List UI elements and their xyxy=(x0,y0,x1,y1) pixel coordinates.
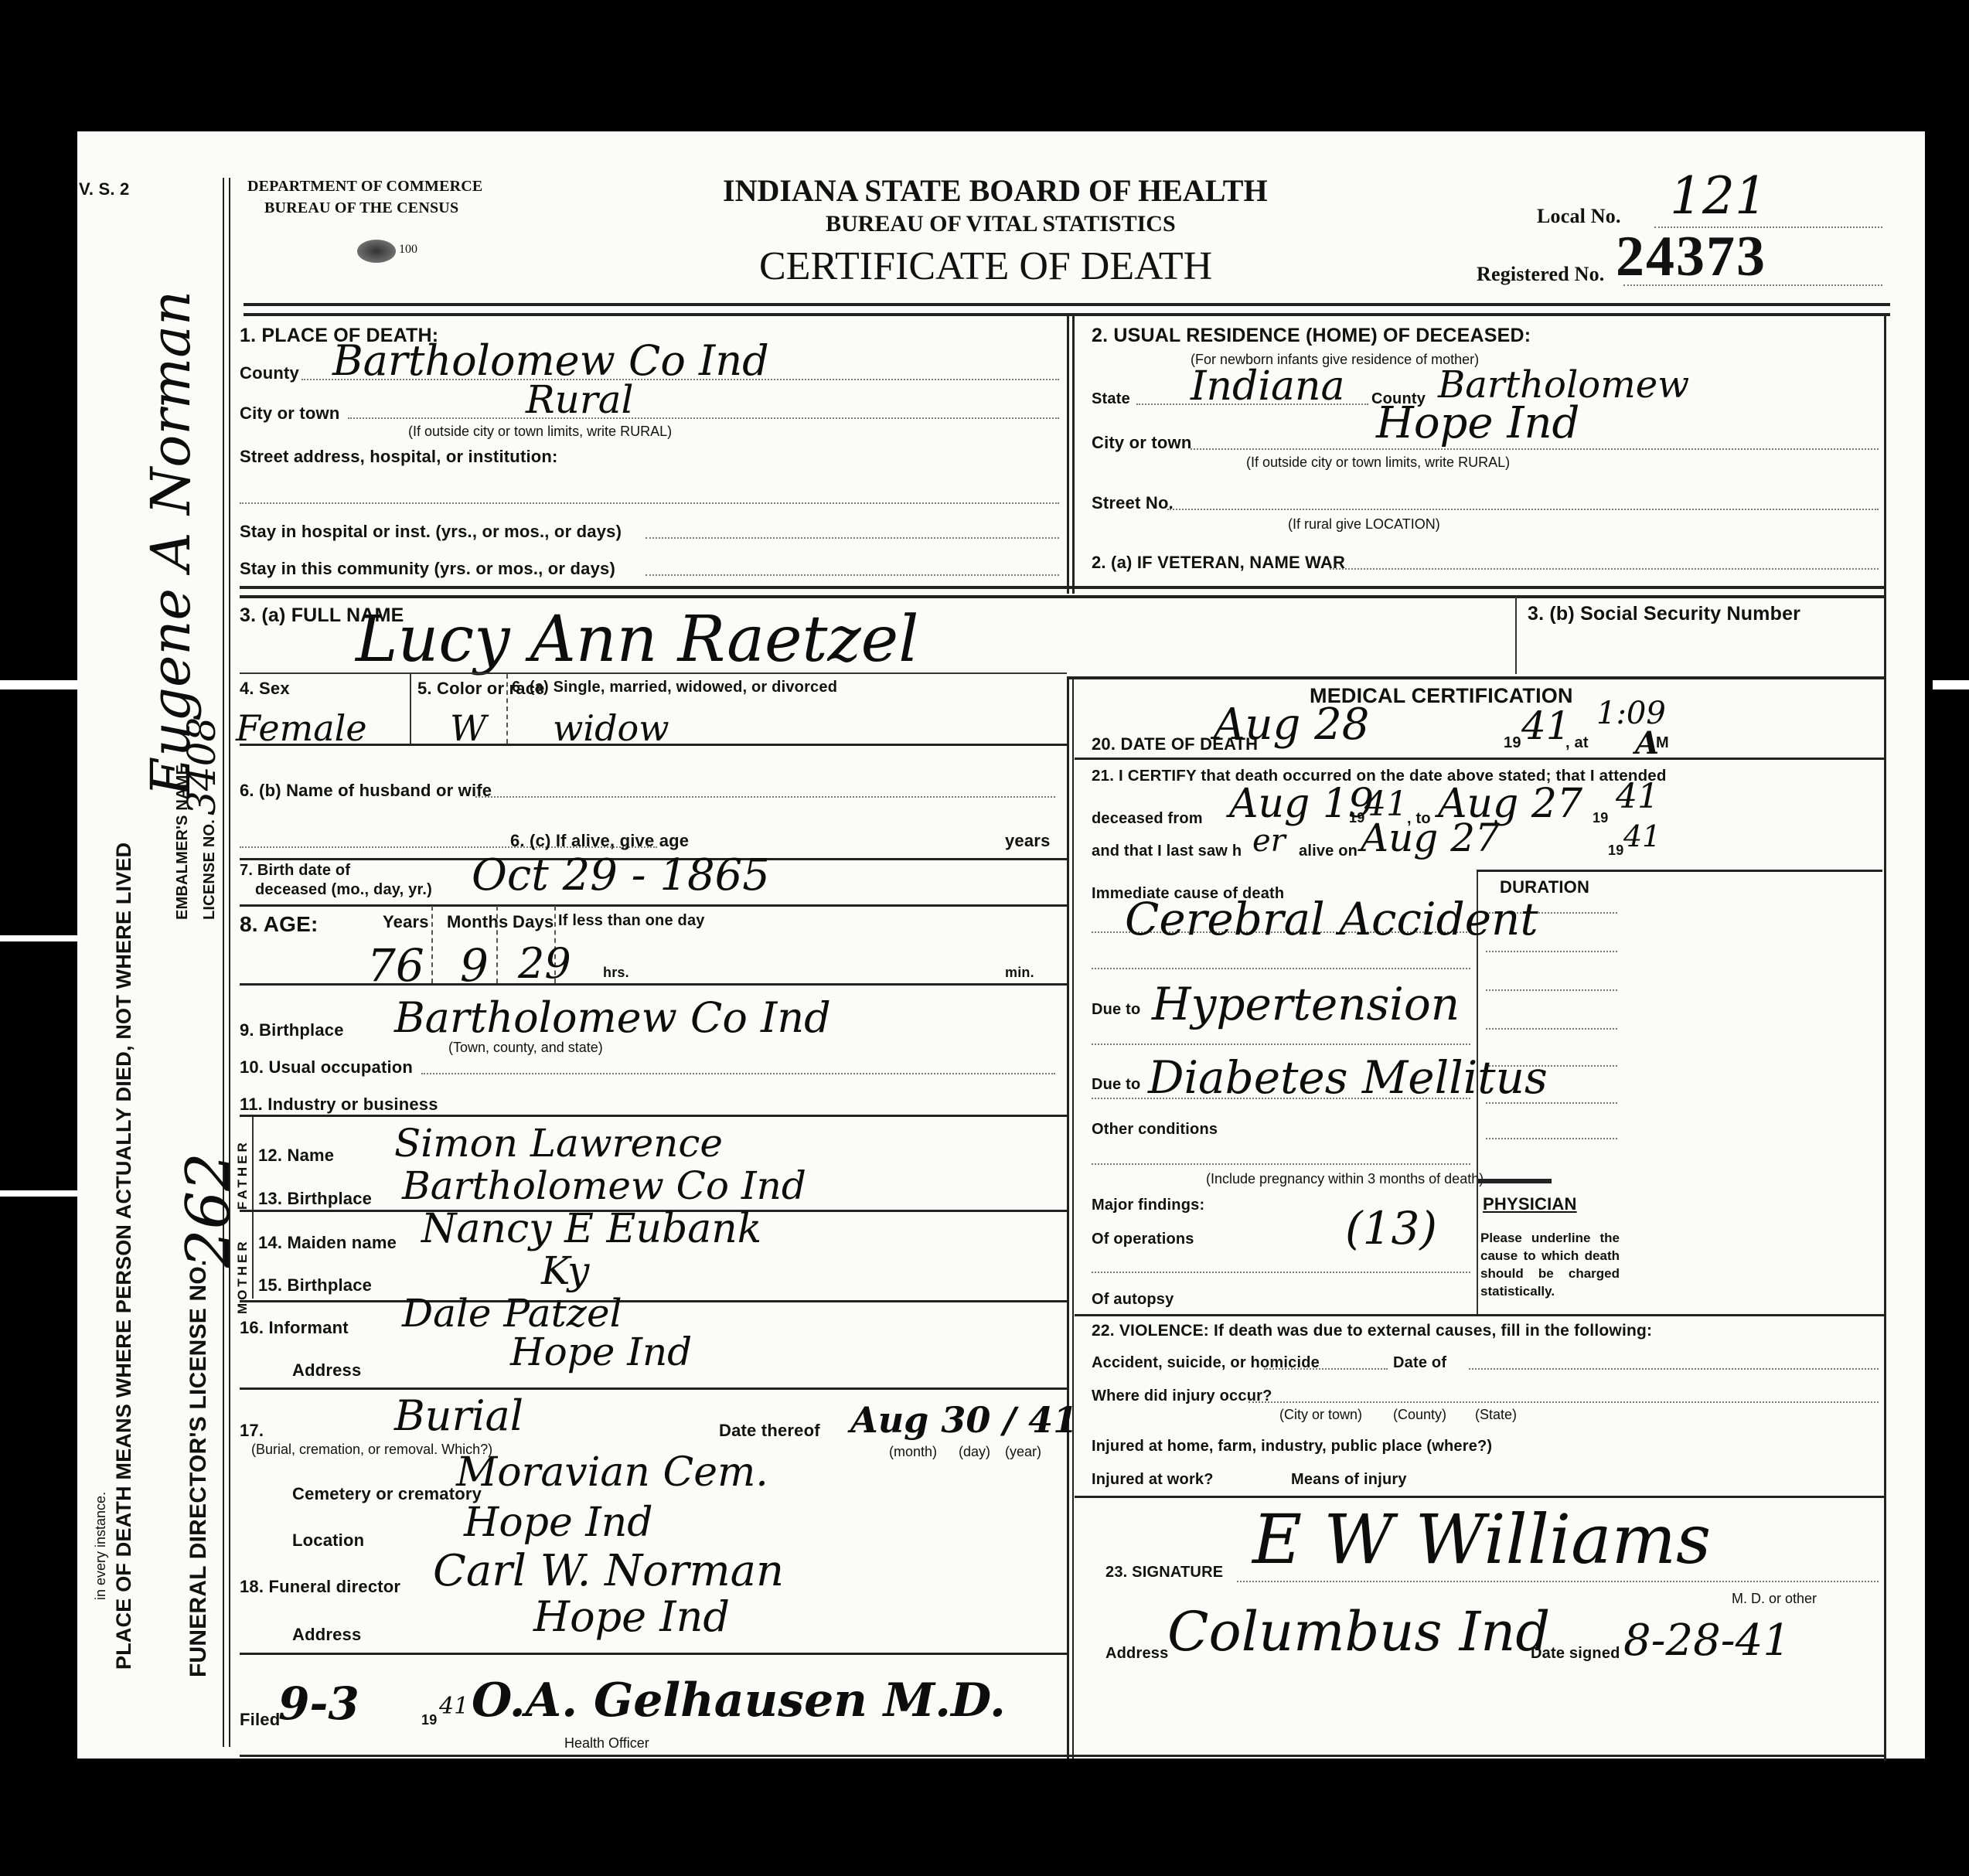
divider xyxy=(506,674,508,744)
fd-address-label: Address xyxy=(292,1625,361,1645)
mother-tag: MOTHER xyxy=(235,1238,250,1314)
filed-year-prefix: 19 xyxy=(421,1712,437,1728)
line xyxy=(1486,1028,1617,1030)
margin-fd-license-label: FUNERAL DIRECTOR'S LICENSE NO. xyxy=(186,1260,212,1677)
informant-label: 16. Informant xyxy=(240,1318,349,1338)
death-date[interactable]: Aug 28 xyxy=(1214,700,1369,750)
injured-at-work-label: Injured at work? xyxy=(1092,1471,1214,1489)
fd-address[interactable]: Hope Ind xyxy=(533,1592,730,1641)
age-less-label: If less than one day xyxy=(558,912,705,930)
physician-heading: PHYSICIAN xyxy=(1483,1194,1577,1214)
injury-state-hint: (State) xyxy=(1475,1407,1517,1423)
res-street-label: Street No. xyxy=(1092,493,1174,513)
death-year[interactable]: 41 xyxy=(1521,703,1571,748)
scan-artifact xyxy=(0,1190,77,1197)
divider xyxy=(431,906,433,983)
line xyxy=(1092,1098,1470,1099)
death-year-prefix: 19 xyxy=(1504,734,1521,752)
injury-county-hint: (County) xyxy=(1393,1407,1446,1423)
line xyxy=(1469,1368,1879,1370)
local-no: 121 xyxy=(1670,166,1767,226)
sex[interactable]: Female xyxy=(236,707,367,749)
signature-address-label: Address xyxy=(1105,1645,1168,1663)
line xyxy=(1486,989,1617,991)
immediate-cause[interactable]: Cerebral Accident xyxy=(1125,893,1538,945)
date-hint-month: (month) xyxy=(889,1444,937,1460)
cemetery-label: Cemetery or crematory xyxy=(292,1484,482,1504)
marital-status[interactable]: widow xyxy=(553,707,669,749)
operations-label: Of operations xyxy=(1092,1231,1194,1248)
dept-line1: DEPARTMENT OF COMMERCE xyxy=(247,178,482,196)
rule xyxy=(240,983,1067,986)
res-city-label: City or town xyxy=(1092,433,1192,453)
signature-address[interactable]: Columbus Ind xyxy=(1167,1600,1550,1663)
funeral-director-label: 18. Funeral director xyxy=(240,1577,400,1597)
mother-maiden-name[interactable]: Nancy E Eubank xyxy=(421,1206,761,1252)
full-name[interactable]: Lucy Ann Raetzel xyxy=(356,603,918,676)
veteran-label: 2. (a) IF VETERAN, NAME WAR xyxy=(1092,553,1345,573)
local-no-label: Local No. xyxy=(1537,205,1621,228)
scan-artifact xyxy=(0,935,77,941)
rule xyxy=(240,595,1886,598)
divider xyxy=(1515,597,1517,674)
last-saw-year-prefix: 19 xyxy=(1608,843,1623,859)
embalmer-license-label: LICENSE NO. xyxy=(201,819,219,920)
cemetery[interactable]: Moravian Cem. xyxy=(456,1449,768,1496)
rule xyxy=(240,1387,1067,1390)
stay-community-label: Stay in this community (yrs. or mos., or… xyxy=(240,559,615,579)
birthplace-label: 9. Birthplace xyxy=(240,1020,344,1040)
pregnancy-hint: (Include pregnancy within 3 months of de… xyxy=(1206,1171,1484,1187)
column-divider xyxy=(1067,315,1069,594)
disposition-method[interactable]: Burial xyxy=(394,1391,523,1440)
attended-from-label: deceased from xyxy=(1092,810,1203,828)
alive-on-label: alive on xyxy=(1299,843,1358,860)
divider xyxy=(410,674,411,744)
rule xyxy=(1075,1314,1886,1316)
line xyxy=(1092,1163,1470,1165)
pod-county-label: County xyxy=(240,363,299,383)
industry-label: 11. Industry or business xyxy=(240,1095,438,1115)
birth-date[interactable]: Oct 29 - 1865 xyxy=(472,850,770,901)
rule xyxy=(244,303,1890,306)
line xyxy=(1092,1272,1470,1273)
signature-label: 23. SIGNATURE xyxy=(1105,1564,1223,1581)
informant-address-label: Address xyxy=(292,1360,361,1381)
embalmer-license: 3408 xyxy=(179,717,224,815)
father-birthplace-label: 13. Birthplace xyxy=(258,1189,372,1209)
column-divider xyxy=(1072,315,1075,594)
mother-birthplace-label: 15. Birthplace xyxy=(258,1275,372,1295)
rule xyxy=(240,672,1067,674)
line xyxy=(1092,968,1470,969)
res-city-hint: (If outside city or town limits, write R… xyxy=(1246,455,1510,471)
rule xyxy=(1075,1496,1886,1498)
father-tag: FATHER xyxy=(235,1139,250,1210)
father-name[interactable]: Simon Lawrence xyxy=(394,1121,723,1166)
certificate-title: CERTIFICATE OF DEATH xyxy=(759,243,1212,289)
date-hint-year: (year) xyxy=(1005,1444,1041,1460)
pod-street-line xyxy=(240,502,1059,504)
attended-to-year-prefix: 19 xyxy=(1593,810,1608,826)
margin-instruction: in every instance. xyxy=(93,1492,109,1600)
birth-date-label-2: deceased (mo., day, yr.) xyxy=(255,881,432,899)
ssn-label: 3. (b) Social Security Number xyxy=(1528,603,1800,625)
sex-label: 4. Sex xyxy=(240,679,290,699)
date-hint-day: (day) xyxy=(959,1444,990,1460)
filed-year[interactable]: 41 xyxy=(439,1693,468,1720)
birth-date-label: 7. Birth date of xyxy=(240,862,350,880)
at-label: , at xyxy=(1565,734,1589,752)
informant-address[interactable]: Hope Ind xyxy=(510,1330,692,1374)
race[interactable]: W xyxy=(450,707,486,749)
due-to-2-label: Due to xyxy=(1092,1076,1140,1094)
stay-hospital-label: Stay in hospital or inst. (yrs., or mos.… xyxy=(240,522,622,542)
injury-where-label: Where did injury occur? xyxy=(1092,1387,1272,1405)
dept-line2: BUREAU OF THE CENSUS xyxy=(264,199,458,217)
major-findings-label: Major findings: xyxy=(1092,1197,1204,1214)
rule xyxy=(1477,870,1882,872)
location[interactable]: Hope Ind xyxy=(464,1500,653,1546)
physician-signature[interactable]: E W Williams xyxy=(1252,1500,1711,1579)
age-days[interactable]: 29 xyxy=(518,939,571,988)
hrs-label: hrs. xyxy=(603,965,629,981)
due-to-1[interactable]: Hypertension xyxy=(1152,978,1460,1030)
line xyxy=(1092,1044,1470,1045)
last-saw-label: and that I last saw h xyxy=(1092,843,1242,860)
registered-no: 24373 xyxy=(1616,224,1766,290)
min-label: min. xyxy=(1005,965,1034,981)
last-saw-pronoun[interactable]: er xyxy=(1252,823,1286,859)
rule xyxy=(1075,758,1886,760)
last-saw-year[interactable]: 41 xyxy=(1623,819,1661,853)
due-to-1-label: Due to xyxy=(1092,1001,1140,1019)
rule xyxy=(240,744,1067,746)
health-officer-signature[interactable]: O.A. Gelhausen M.D. xyxy=(472,1673,1006,1728)
attended-to-year[interactable]: 41 xyxy=(1616,777,1659,816)
scan-artifact xyxy=(1933,680,1969,689)
line xyxy=(421,1073,1055,1074)
health-officer-label: Health Officer xyxy=(564,1735,649,1752)
autopsy-label: Of autopsy xyxy=(1092,1291,1174,1309)
pod-city-hint: (If outside city or town limits, write R… xyxy=(408,424,672,440)
right-border xyxy=(1884,315,1886,1761)
rule xyxy=(1478,1179,1552,1183)
date-signed-label: Date signed xyxy=(1531,1645,1620,1663)
line xyxy=(1264,1368,1388,1370)
funeral-director[interactable]: Carl W. Norman xyxy=(433,1546,784,1596)
occupation-label: 10. Usual occupation xyxy=(240,1057,413,1078)
seal-code: 100 xyxy=(399,243,417,257)
registered-no-label: Registered No. xyxy=(1477,263,1605,286)
line xyxy=(1486,1138,1617,1139)
rule xyxy=(240,586,1886,589)
md-hint: M. D. or other xyxy=(1732,1591,1817,1607)
line xyxy=(348,417,1059,419)
margin-rule xyxy=(229,178,230,1747)
birthplace[interactable]: Bartholomew Co Ind xyxy=(394,993,831,1042)
code-mark: (13) xyxy=(1345,1202,1437,1255)
marital-label: 6. (a) Single, married, widowed, or divo… xyxy=(512,679,867,696)
form-id: V. S. 2 xyxy=(79,179,129,199)
father-birthplace[interactable]: Bartholomew Co Ind xyxy=(402,1163,806,1208)
last-saw-date[interactable]: Aug 27 xyxy=(1361,815,1500,860)
death-certificate: V. S. 2 in every instance. PLACE OF DEAT… xyxy=(77,131,1925,1759)
res-state-label: State xyxy=(1092,390,1130,408)
filed-label: Filed xyxy=(240,1710,280,1730)
residence-heading: 2. USUAL RESIDENCE (HOME) OF DECEASED: xyxy=(1092,325,1531,347)
rule xyxy=(1067,676,1886,679)
disposition-date[interactable]: Aug 30 / 41 xyxy=(850,1399,1078,1441)
rule xyxy=(240,1115,1067,1117)
father-name-label: 12. Name xyxy=(258,1146,334,1166)
means-of-injury-label: Means of injury xyxy=(1291,1471,1407,1489)
board-title: INDIANA STATE BOARD OF HEALTH xyxy=(723,172,1268,209)
res-state[interactable]: Indiana xyxy=(1191,363,1344,410)
age-label: 8. AGE: xyxy=(240,912,319,937)
disposition-date-label: Date thereof xyxy=(719,1421,820,1441)
injury-place-label: Injured at home, farm, industry, public … xyxy=(1092,1438,1492,1456)
mother-maiden-label: 14. Maiden name xyxy=(258,1233,397,1253)
age-days-label: Days xyxy=(513,912,554,932)
line xyxy=(1330,568,1879,570)
location-label: Location xyxy=(292,1530,364,1551)
age-months-label: Months xyxy=(447,912,508,932)
margin-fd-license: 262 xyxy=(174,1152,244,1268)
mother-birthplace[interactable]: Ky xyxy=(541,1248,589,1293)
line xyxy=(1486,951,1617,952)
pod-street-label: Street address, hospital, or institution… xyxy=(240,447,558,467)
other-conditions-label: Other conditions xyxy=(1092,1121,1218,1139)
rule xyxy=(240,1755,1886,1757)
line xyxy=(475,796,1055,798)
divider xyxy=(496,906,498,983)
disposition-number: 17. xyxy=(240,1421,264,1441)
violence-heading: 22. VIOLENCE: If death was due to extern… xyxy=(1092,1322,1652,1340)
line xyxy=(1249,1401,1879,1403)
margin-rule xyxy=(223,178,224,1747)
m-label: M xyxy=(1656,734,1669,752)
spouse-label: 6. (b) Name of husband or wife xyxy=(240,781,492,801)
divider xyxy=(1477,1179,1478,1314)
column-divider xyxy=(1067,676,1069,1759)
date-signed[interactable]: 8-28-41 xyxy=(1623,1616,1790,1666)
injury-city-hint: (City or town) xyxy=(1279,1407,1362,1423)
years-label: years xyxy=(1005,831,1051,851)
rule xyxy=(240,1300,1067,1302)
margin-place-note: PLACE OF DEATH MEANS WHERE PERSON ACTUAL… xyxy=(112,843,136,1670)
line xyxy=(646,574,1059,576)
line xyxy=(646,537,1059,539)
rule xyxy=(240,904,1067,907)
spouse-age-label: 6. (c) If alive, give age xyxy=(510,831,689,851)
violence-date-label: Date of xyxy=(1393,1354,1446,1372)
divider xyxy=(252,1117,254,1299)
line xyxy=(1191,448,1879,450)
scan-artifact xyxy=(0,680,77,689)
birthplace-hint: (Town, county, and state) xyxy=(448,1040,603,1056)
pod-city[interactable]: Rural xyxy=(526,377,634,422)
pod-city-label: City or town xyxy=(240,403,340,424)
res-city[interactable]: Hope Ind xyxy=(1376,398,1579,448)
line xyxy=(1167,509,1879,510)
filed-date[interactable]: 9-3 xyxy=(278,1677,359,1730)
bureau-title: BUREAU OF VITAL STATISTICS xyxy=(826,211,1176,237)
column-divider xyxy=(1072,676,1074,1759)
census-seal-icon xyxy=(357,240,396,263)
res-street-hint: (If rural give LOCATION) xyxy=(1288,516,1440,533)
line xyxy=(1237,1581,1879,1582)
age-years-label: Years xyxy=(383,912,429,932)
due-to-2[interactable]: Diabetes Mellitus xyxy=(1148,1051,1548,1104)
rule xyxy=(240,1653,1067,1655)
physician-note: Please underline the cause to which deat… xyxy=(1480,1229,1620,1300)
